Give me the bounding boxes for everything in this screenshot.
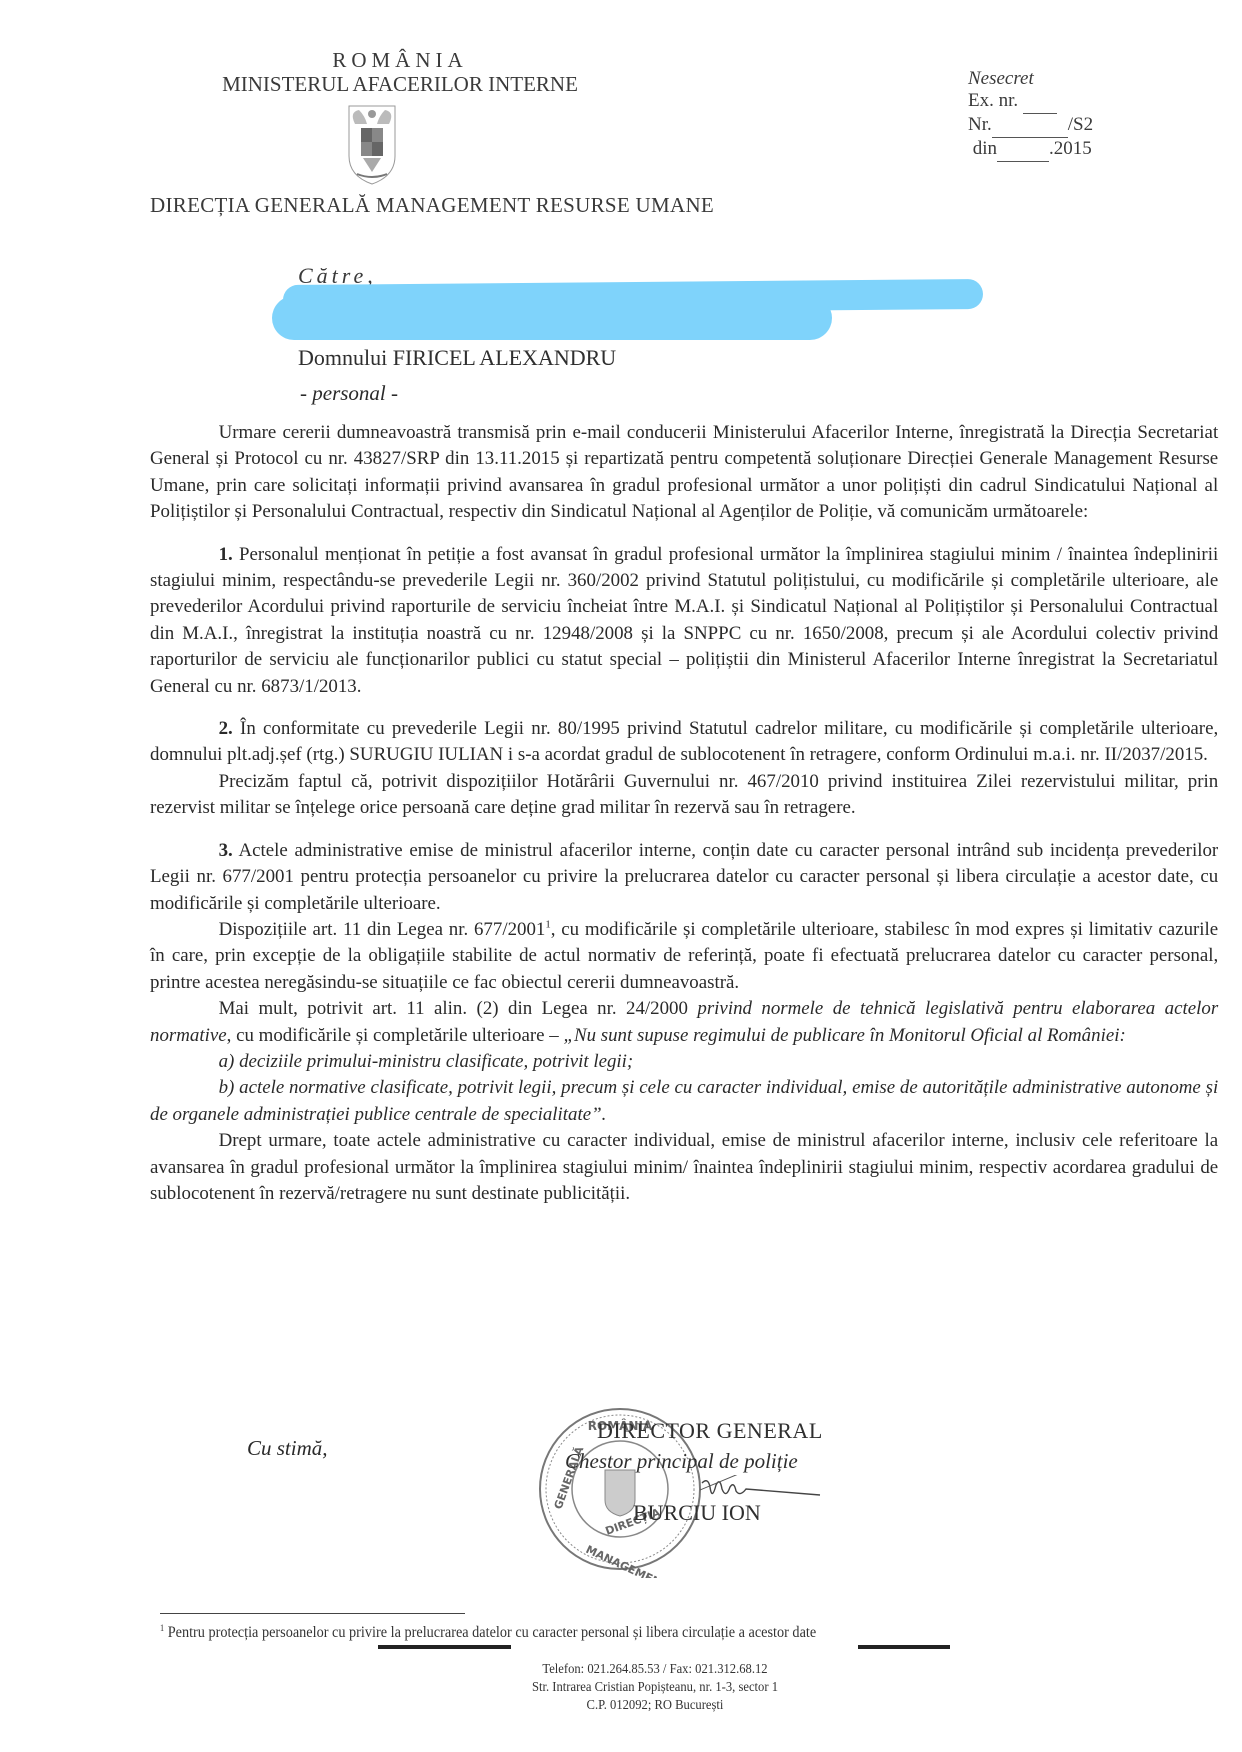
point-1: 1. Personalul menționat în petiție a fos… bbox=[150, 542, 1218, 700]
point-2: 2. În conformitate cu prevederile Legii … bbox=[150, 716, 1218, 769]
copy-number: Ex. nr. bbox=[968, 90, 1093, 114]
quote-item-b: b) actele normative clasificate, potrivi… bbox=[150, 1075, 1218, 1128]
point-3-article: Dispozițiile art. 11 din Legea nr. 677/2… bbox=[150, 917, 1218, 996]
contact-footer: Telefon: 021.264.85.53 / Fax: 021.312.68… bbox=[507, 1661, 804, 1715]
footer-address: Str. Intrarea Cristian Popișteanu, nr. 1… bbox=[507, 1679, 804, 1697]
reference-block: Nesecret Ex. nr. Nr. /S2 din .2015 bbox=[968, 68, 1093, 162]
signatory-rank: Chestor principal de poliție bbox=[565, 1449, 798, 1474]
header-country: ROMÂNIA bbox=[200, 48, 600, 73]
conclusion-paragraph: Drept urmare, toate actele administrativ… bbox=[150, 1128, 1218, 1207]
classification: Nesecret bbox=[968, 68, 1093, 90]
footer-postal: C.P. 012092; RO București bbox=[507, 1697, 804, 1715]
point-3-law: Mai mult, potrivit art. 11 alin. (2) din… bbox=[150, 996, 1218, 1049]
closing-salutation: Cu stimă, bbox=[247, 1436, 328, 1461]
signatory-name: BURCIU ION bbox=[633, 1500, 761, 1526]
romanian-coat-of-arms-icon bbox=[345, 102, 399, 186]
signatory-title: DIRECTOR GENERAL bbox=[597, 1418, 823, 1444]
recipient-name: Domnului FIRICEL ALEXANDRU bbox=[298, 345, 616, 371]
point-2-note: Precizăm faptul că, potrivit dispozițiil… bbox=[150, 769, 1218, 822]
header-department: DIRECȚIA GENERALĂ MANAGEMENT RESURSE UMA… bbox=[150, 193, 714, 218]
header-ministry: MINISTERUL AFACERILOR INTERNE bbox=[190, 72, 610, 97]
letter-body: Urmare cererii dumneavoastră transmisă p… bbox=[150, 420, 1218, 1207]
scan-artifact-bar bbox=[378, 1645, 511, 1649]
document-number: Nr. /S2 bbox=[968, 114, 1093, 138]
footer-phone: Telefon: 021.264.85.53 / Fax: 021.312.68… bbox=[507, 1661, 804, 1679]
point-3: 3. Actele administrative emise de minist… bbox=[150, 838, 1218, 917]
scan-artifact-bar bbox=[858, 1645, 950, 1649]
document-date: din .2015 bbox=[968, 138, 1093, 162]
redaction-mark bbox=[272, 296, 832, 340]
footnote: 1 Pentru protecția persoanelor cu privir… bbox=[160, 1623, 816, 1642]
delivery-note: - personal - bbox=[300, 381, 398, 406]
footnote-divider bbox=[160, 1613, 465, 1614]
intro-paragraph: Urmare cererii dumneavoastră transmisă p… bbox=[150, 420, 1218, 526]
quote-item-a: a) deciziile primului-ministru clasifica… bbox=[150, 1049, 1218, 1075]
